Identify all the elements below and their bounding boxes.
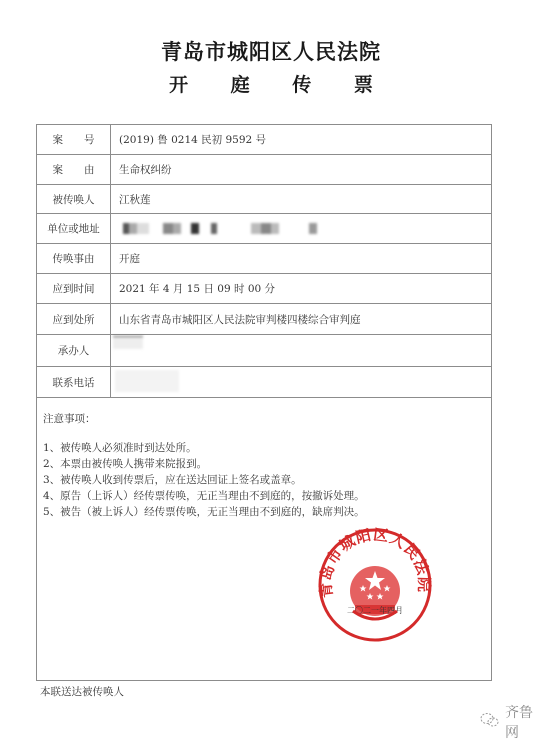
notes-item: 1、被传唤人必须准时到达处所。 <box>43 440 491 456</box>
label-appearance-time: 应到时间 <box>37 274 111 303</box>
value-appearance-time: 2021 年 4 月 15 日 09 时 00 分 <box>111 274 491 303</box>
label-summoned-person: 被传唤人 <box>37 185 111 213</box>
delivery-note: 本联送达被传唤人 <box>40 684 124 699</box>
court-seal: 青岛市城阳区人民法院 二〇二一年四月 <box>317 527 433 643</box>
value-handler-redacted <box>111 335 491 366</box>
redaction-block <box>115 370 179 392</box>
value-summons-reason: 开庭 <box>111 244 491 273</box>
label-appearance-place: 应到处所 <box>37 304 111 334</box>
redaction-block <box>113 336 143 349</box>
watermark: 齐鲁网 <box>480 702 542 740</box>
label-handler: 承办人 <box>37 335 111 366</box>
label-address: 单位或地址 <box>37 214 111 243</box>
label-summons-reason: 传唤事由 <box>37 244 111 273</box>
notes-section: 注意事项： 1、被传唤人必须准时到达处所。 2、本票由被传唤人携带来院报到。 3… <box>37 397 491 520</box>
notes-item: 2、本票由被传唤人携带来院报到。 <box>43 456 491 472</box>
notes-heading: 注意事项： <box>43 411 491 426</box>
value-case-cause: 生命权纠纷 <box>111 155 491 184</box>
wechat-icon <box>480 712 500 732</box>
seal-icon: 青岛市城阳区人民法院 二〇二一年四月 <box>317 527 433 643</box>
row-appearance-place: 应到处所 山东省青岛市城阳区人民法院审判楼四楼综合审判庭 <box>37 304 491 335</box>
notes-item: 4、原告（上诉人）经传票传唤，无正当理由不到庭的，按撤诉处理。 <box>43 488 491 504</box>
document-title: 开 庭 传 票 <box>0 70 542 97</box>
value-appearance-place: 山东省青岛市城阳区人民法院审判楼四楼综合审判庭 <box>111 304 491 334</box>
notes-item: 3、被传唤人收到传票后，应在送达回证上签名或盖章。 <box>43 472 491 488</box>
row-address: 单位或地址 <box>37 214 491 244</box>
value-case-number: (2019) 鲁 0214 民初 9592 号 <box>111 125 491 154</box>
row-summoned-person: 被传唤人 江秋莲 <box>37 185 491 214</box>
value-address-redacted <box>111 214 491 243</box>
label-contact-phone: 联系电话 <box>37 367 111 397</box>
label-case-number: 案 号 <box>37 125 111 154</box>
row-handler: 承办人 <box>37 335 491 367</box>
watermark-text: 齐鲁网 <box>505 702 542 740</box>
row-case-cause: 案 由 生命权纠纷 <box>37 155 491 185</box>
value-contact-phone-redacted <box>111 367 491 397</box>
notes-item: 5、被告（被上诉人）经传票传唤，无正当理由不到庭的，缺席判决。 <box>43 504 491 520</box>
court-name: 青岛市城阳区人民法院 <box>0 36 542 66</box>
row-contact-phone: 联系电话 <box>37 367 491 398</box>
pixelation-mosaic <box>119 223 317 234</box>
row-summons-reason: 传唤事由 开庭 <box>37 244 491 274</box>
row-appearance-time: 应到时间 2021 年 4 月 15 日 09 时 00 分 <box>37 274 491 304</box>
row-case-number: 案 号 (2019) 鲁 0214 民初 9592 号 <box>37 125 491 155</box>
value-summoned-person: 江秋莲 <box>111 185 491 213</box>
label-case-cause: 案 由 <box>37 155 111 184</box>
